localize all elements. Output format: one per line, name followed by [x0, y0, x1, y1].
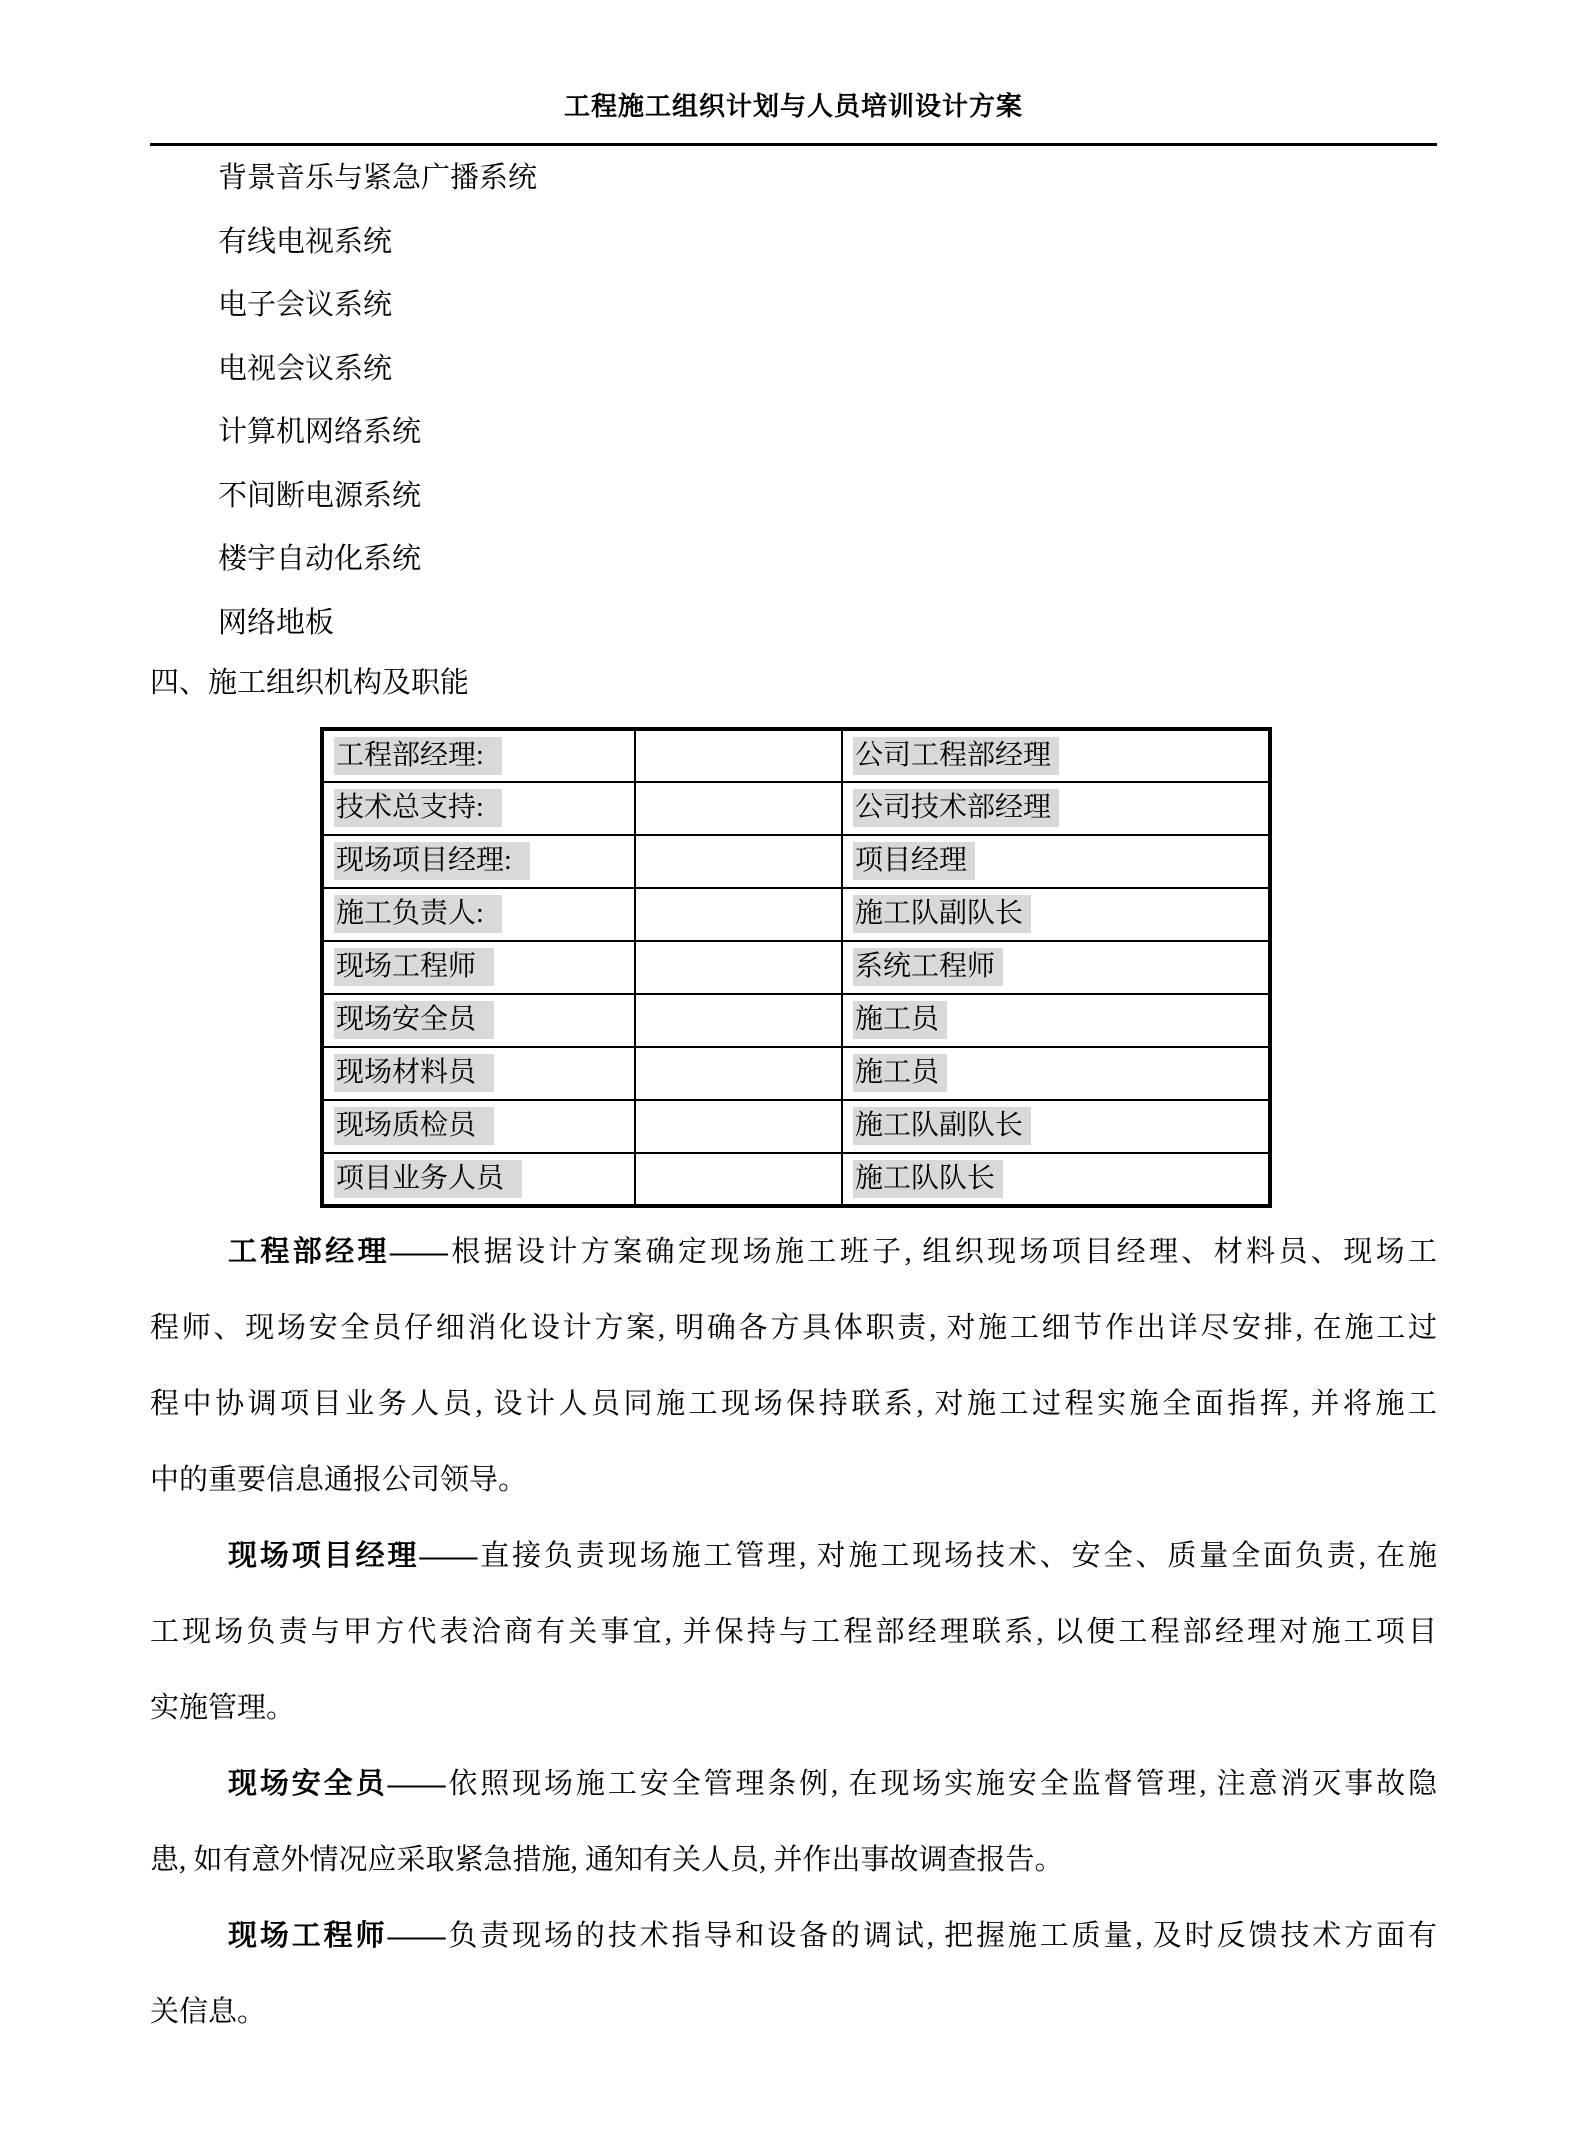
- label-cell: 技术总支持:: [322, 782, 635, 835]
- para-dash: ——: [419, 1540, 477, 1572]
- list-item: 网络地板: [150, 592, 1437, 656]
- value-highlight: 公司技术部经理: [853, 789, 1059, 827]
- value-highlight: 施工队队长: [853, 1160, 1003, 1198]
- value-highlight: 公司工程部经理: [853, 737, 1059, 775]
- table-row: 施工负责人: 施工队副队长: [322, 888, 1270, 941]
- para-line: 实施管理。: [150, 1670, 1437, 1746]
- value-highlight: 项目经理: [853, 842, 975, 880]
- label-cell: 现场材料员: [322, 1047, 635, 1100]
- list-item: 背景音乐与紧急广播系统: [150, 147, 1437, 211]
- para-lead: 现场安全员: [228, 1768, 387, 1800]
- value-cell: 公司工程部经理: [842, 729, 1270, 782]
- list-item: 电子会议系统: [150, 274, 1437, 338]
- spacer-cell: [635, 835, 842, 888]
- value-highlight: 施工员: [853, 1001, 947, 1039]
- value-cell: 施工队副队长: [842, 1100, 1270, 1153]
- spacer-cell: [635, 729, 842, 782]
- value-highlight: 系统工程师: [853, 948, 1003, 986]
- table-row: 现场安全员 施工员: [322, 994, 1270, 1047]
- label-cell: 现场安全员: [322, 994, 635, 1047]
- value-cell: 公司技术部经理: [842, 782, 1270, 835]
- value-highlight: 施工队副队长: [853, 895, 1031, 933]
- para-text: 依照现场施工安全管理条例, 在现场实施安全监督管理, 注意消灭事故隐: [445, 1768, 1437, 1800]
- para-lead: 现场项目经理: [228, 1540, 419, 1572]
- list-item: 电视会议系统: [150, 338, 1437, 402]
- label-highlight: 现场工程师: [334, 948, 494, 986]
- label-cell: 现场项目经理:: [322, 835, 635, 888]
- value-cell: 施工队副队长: [842, 888, 1270, 941]
- spacer-cell: [635, 888, 842, 941]
- label-highlight: 工程部经理:: [334, 737, 502, 775]
- paragraph: 工程部经理——根据设计方案确定现场施工班子, 组织现场项目经理、材料员、现场工 …: [150, 1214, 1437, 1518]
- spacer-cell: [635, 941, 842, 994]
- label-highlight: 技术总支持:: [334, 789, 502, 827]
- label-cell: 工程部经理:: [322, 729, 635, 782]
- label-cell: 现场质检员: [322, 1100, 635, 1153]
- table-row: 现场工程师 系统工程师: [322, 941, 1270, 994]
- paragraph: 现场项目经理——直接负责现场施工管理, 对施工现场技术、安全、质量全面负责, 在…: [150, 1518, 1437, 1746]
- para-line: 工程部经理——根据设计方案确定现场施工班子, 组织现场项目经理、材料员、现场工: [150, 1214, 1437, 1290]
- body-paragraphs: 工程部经理——根据设计方案确定现场施工班子, 组织现场项目经理、材料员、现场工 …: [150, 1214, 1437, 2050]
- list-item: 楼宇自动化系统: [150, 528, 1437, 592]
- para-dash: ——: [387, 1920, 445, 1952]
- table-row: 现场项目经理: 项目经理: [322, 835, 1270, 888]
- spacer-cell: [635, 1153, 842, 1206]
- table-row: 工程部经理: 公司工程部经理: [322, 729, 1270, 782]
- label-highlight: 现场项目经理:: [334, 842, 530, 880]
- value-cell: 施工队队长: [842, 1153, 1270, 1206]
- para-text: 根据设计方案确定现场施工班子, 组织现场项目经理、材料员、现场工: [448, 1236, 1437, 1268]
- para-lead: 工程部经理: [228, 1236, 390, 1268]
- label-cell: 施工负责人:: [322, 888, 635, 941]
- section-heading: 四、施工组织机构及职能: [150, 663, 1437, 703]
- list-item: 计算机网络系统: [150, 401, 1437, 465]
- value-highlight: 施工员: [853, 1054, 947, 1092]
- value-cell: 施工员: [842, 1047, 1270, 1100]
- para-line: 现场项目经理——直接负责现场施工管理, 对施工现场技术、安全、质量全面负责, 在…: [150, 1518, 1437, 1594]
- para-line: 现场工程师——负责现场的技术指导和设备的调试, 把握施工质量, 及时反馈技术方面…: [150, 1898, 1437, 1974]
- paragraph: 现场安全员——依照现场施工安全管理条例, 在现场实施安全监督管理, 注意消灭事故…: [150, 1746, 1437, 1898]
- label-highlight: 现场材料员: [334, 1054, 494, 1092]
- para-line: 关信息。: [150, 1974, 1437, 2050]
- para-dash: ——: [390, 1236, 448, 1268]
- value-cell: 项目经理: [842, 835, 1270, 888]
- value-cell: 系统工程师: [842, 941, 1270, 994]
- paragraph: 现场工程师——负责现场的技术指导和设备的调试, 把握施工质量, 及时反馈技术方面…: [150, 1898, 1437, 2050]
- para-line: 程师、现场安全员仔细消化设计方案, 明确各方具体职责, 对施工细节作出详尽安排,…: [150, 1290, 1437, 1366]
- para-lead: 现场工程师: [228, 1920, 387, 1952]
- page-title: 工程施工组织计划与人员培训设计方案: [0, 90, 1587, 124]
- value-highlight: 施工队副队长: [853, 1107, 1031, 1145]
- para-dash: ——: [387, 1768, 445, 1800]
- spacer-cell: [635, 994, 842, 1047]
- header-divider: [150, 143, 1437, 146]
- spacer-cell: [635, 1100, 842, 1153]
- org-table: 工程部经理: 公司工程部经理 技术总支持: 公司技术部经理 现场项目经理: 项目…: [320, 727, 1272, 1208]
- para-text: 直接负责现场施工管理, 对施工现场技术、安全、质量全面负责, 在施: [477, 1540, 1437, 1572]
- para-line: 工现场负责与甲方代表洽商有关事宜, 并保持与工程部经理联系, 以便工程部经理对施…: [150, 1594, 1437, 1670]
- label-highlight: 项目业务人员: [334, 1160, 522, 1198]
- para-line: 中的重要信息通报公司领导。: [150, 1442, 1437, 1518]
- list-item: 不间断电源系统: [150, 465, 1437, 529]
- para-line: 患, 如有意外情况应采取紧急措施, 通知有关人员, 并作出事故调查报告。: [150, 1822, 1437, 1898]
- table-row: 技术总支持: 公司技术部经理: [322, 782, 1270, 835]
- document-page: 工程施工组织计划与人员培训设计方案 背景音乐与紧急广播系统 有线电视系统 电子会…: [0, 0, 1587, 2129]
- para-line: 程中协调项目业务人员, 设计人员同施工现场保持联系, 对施工过程实施全面指挥, …: [150, 1366, 1437, 1442]
- table-row: 项目业务人员 施工队队长: [322, 1153, 1270, 1206]
- label-cell: 项目业务人员: [322, 1153, 635, 1206]
- value-cell: 施工员: [842, 994, 1270, 1047]
- para-line: 现场安全员——依照现场施工安全管理条例, 在现场实施安全监督管理, 注意消灭事故…: [150, 1746, 1437, 1822]
- label-highlight: 现场质检员: [334, 1107, 494, 1145]
- list-item: 有线电视系统: [150, 211, 1437, 275]
- table-row: 现场质检员 施工队副队长: [322, 1100, 1270, 1153]
- spacer-cell: [635, 1047, 842, 1100]
- para-text: 负责现场的技术指导和设备的调试, 把握施工质量, 及时反馈技术方面有: [445, 1920, 1437, 1952]
- table-row: 现场材料员 施工员: [322, 1047, 1270, 1100]
- label-highlight: 施工负责人:: [334, 895, 502, 933]
- label-cell: 现场工程师: [322, 941, 635, 994]
- spacer-cell: [635, 782, 842, 835]
- label-highlight: 现场安全员: [334, 1001, 494, 1039]
- systems-list: 背景音乐与紧急广播系统 有线电视系统 电子会议系统 电视会议系统 计算机网络系统…: [150, 147, 1437, 655]
